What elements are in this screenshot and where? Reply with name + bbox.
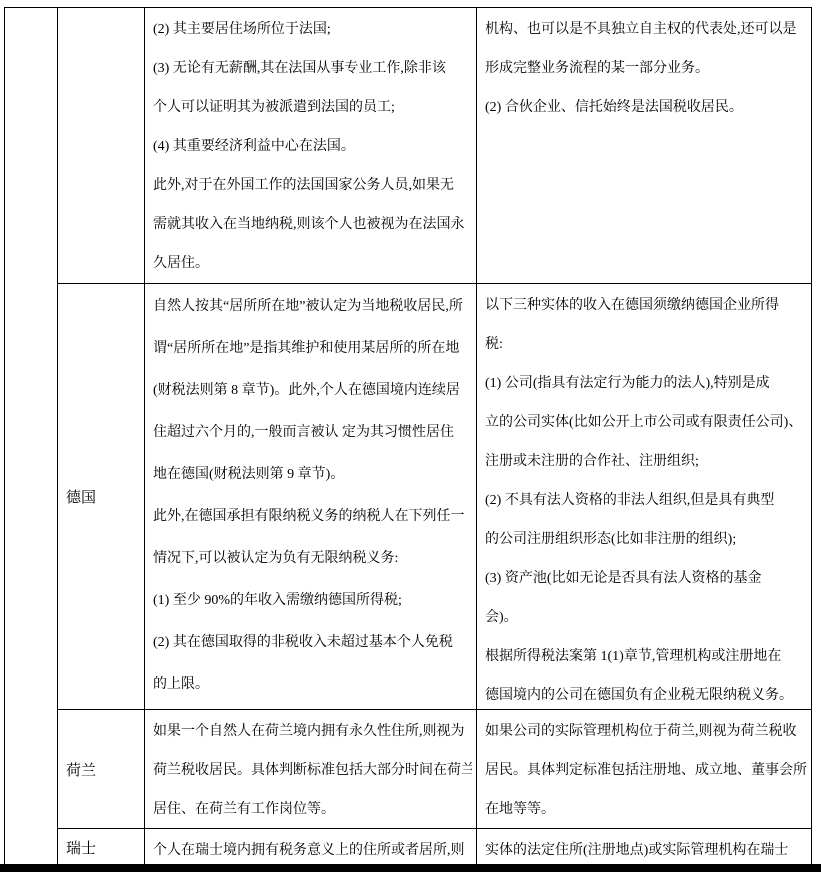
text-line: (3) 无论有无薪酬,其在法国从事专业工作,除非该 [153,49,472,88]
text-line: 如果一个自然人在荷兰境内拥有永久性住所,则视为 [153,712,472,751]
document-page: (2) 其主要居住场所位于法国;(3) 无论有无薪酬,其在法国从事专业工作,除非… [0,0,821,872]
text-line: 需就其收入在当地纳税,则该个人也被视为在法国永 [153,205,472,244]
tax-residency-table: (2) 其主要居住场所位于法国;(3) 无论有无薪酬,其在法国从事专业工作,除非… [4,7,812,872]
text-line: 德国境内的公司在德国负有企业税无限纳税义务。 [485,676,807,710]
text-line: 住超过六个月的,一般而言被认 定为其习惯性居住 [153,412,472,454]
individual-rules-cell-germany: 自然人按其“居所所在地”被认定为当地税收居民,所谓“居所所在地”是指其维护和使用… [145,284,477,710]
text-line: (3) 资产池(比如无论是否具有法人资格的基金 [485,559,807,598]
text-line: (1) 公司(指具有法定行为能力的法人),特别是成 [485,364,807,403]
text-line: 地在德国(财税法则第 9 章节)。 [153,454,472,496]
text-line: 注册或未注册的合作社、注册组织; [485,442,807,481]
text-line: 机构、也可以是不具独立自主权的代表处,还可以是 [485,10,807,49]
page-cut-bar [0,864,821,872]
text-line: 形成完整业务流程的某一部分业务。 [485,49,807,88]
text-line: 立的公司实体(比如公开上市公司或有限责任公司)、 [485,403,807,442]
text-line: (2) 合伙企业、信托始终是法国税收居民。 [485,88,807,127]
country-cell-germany: 德国 [58,284,145,710]
text-line: 居住、在荷兰有工作岗位等。 [153,790,472,829]
text-line: (2) 其主要居住场所位于法国; [153,10,472,49]
text-line: 自然人按其“居所所在地”被认定为当地税收居民,所 [153,286,472,328]
margin-cell [5,8,58,872]
country-cell-netherlands: 荷兰 [58,710,145,829]
entity-rules-cell-germany: 以下三种实体的收入在德国须缴纳德国企业所得税:(1) 公司(指具有法定行为能力的… [477,284,811,710]
country-label: 德国 [66,486,96,507]
text-line: 如果公司的实际管理机构位于荷兰,则视为荷兰税收 [485,712,807,751]
individual-rules-cell-france: (2) 其主要居住场所位于法国;(3) 无论有无薪酬,其在法国从事专业工作,除非… [145,8,477,284]
entity-rules-cell-france: 机构、也可以是不具独立自主权的代表处,还可以是形成完整业务流程的某一部分业务。(… [477,8,811,284]
country-label: 荷兰 [66,759,96,780]
text-line: 的上限。 [153,664,472,706]
text-line: (4) 其重要经济利益中心在法国。 [153,127,472,166]
text-line: 荷兰税收居民。具体判断标准包括大部分时间在荷兰 [153,751,472,790]
text-line: 此外,在德国承担有限纳税义务的纳税人在下列任一 [153,496,472,538]
text-line: 在地等等。 [485,790,807,829]
text-line: 会)。 [485,598,807,637]
text-line: 税: [485,325,807,364]
text-line: 的公司注册组织形态(比如非注册的组织); [485,520,807,559]
text-line: (财税法则第 8 章节)。此外,个人在德国境内连续居 [153,370,472,412]
text-line: 此外,对于在外国工作的法国国家公务人员,如果无 [153,166,472,205]
text-line: 根据所得税法案第 1(1)章节,管理机构或注册地在 [485,637,807,676]
country-cell-france [58,8,145,284]
text-line: 居民。具体判定标准包括注册地、成立地、董事会所 [485,751,807,790]
text-line: 以下三种实体的收入在德国须缴纳德国企业所得 [485,286,807,325]
entity-rules-cell-netherlands: 如果公司的实际管理机构位于荷兰,则视为荷兰税收居民。具体判定标准包括注册地、成立… [477,710,811,829]
country-label: 瑞士 [66,837,96,858]
individual-rules-cell-netherlands: 如果一个自然人在荷兰境内拥有永久性住所,则视为荷兰税收居民。具体判断标准包括大部… [145,710,477,829]
text-line: 久居住。 [153,244,472,283]
text-line: 谓“居所所在地”是指其维护和使用某居所的所在地 [153,328,472,370]
text-line: (2) 不具有法人资格的非法人组织,但是具有典型 [485,481,807,520]
text-line: 个人可以证明其为被派遣到法国的员工; [153,88,472,127]
text-line: 情况下,可以被认定为负有无限纳税义务: [153,538,472,580]
text-line: (1) 至少 90%的年收入需缴纳德国所得税; [153,580,472,622]
text-line: (2) 其在德国取得的非税收入未超过基本个人免税 [153,622,472,664]
